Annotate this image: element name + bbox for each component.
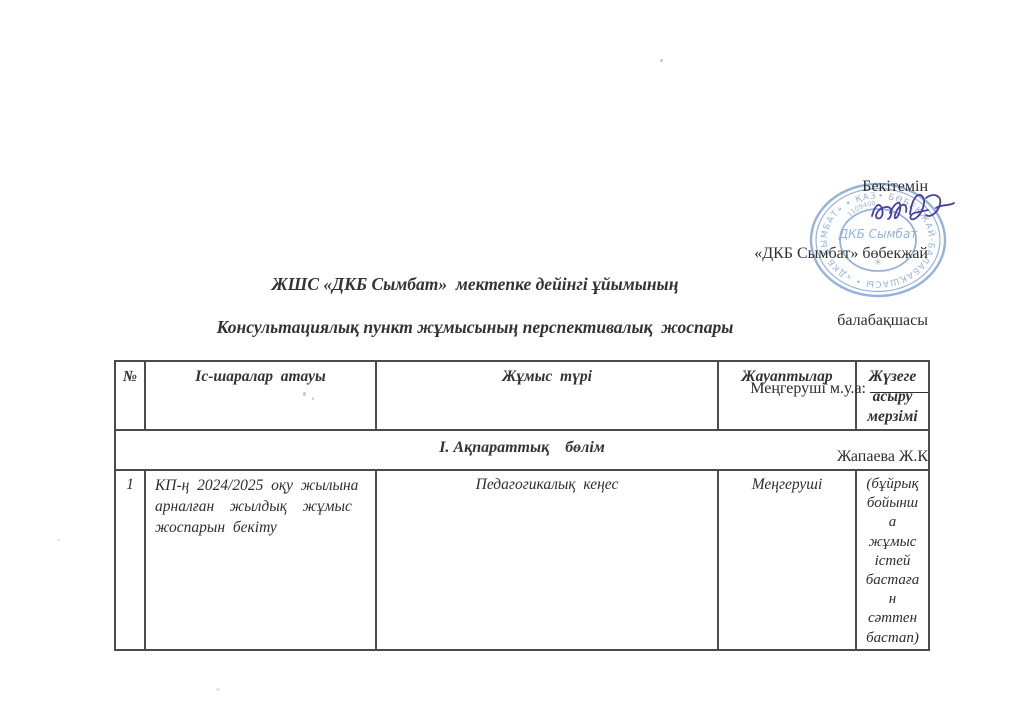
row-responsible: Меңгеруші bbox=[718, 470, 856, 650]
scan-noise bbox=[57, 539, 60, 541]
scan-noise bbox=[312, 397, 314, 400]
approval-line-5: Жапаева Ж.К bbox=[750, 446, 928, 468]
manager-label: Меңгеруші м.у.а: bbox=[750, 380, 870, 397]
row-work-type: Педагогикалық кеңес bbox=[376, 470, 718, 650]
header-work-type: Жұмыс түрі bbox=[376, 361, 718, 430]
approval-line-2: «ДКБ Сымбат» бөбекжай bbox=[750, 243, 928, 265]
handwritten-signature bbox=[866, 188, 958, 232]
approval-block: Бекітемін «ДКБ Сымбат» бөбекжай балабақш… bbox=[750, 131, 928, 491]
table-row: 1 КП-ң 2024/2025 оқу жылына арналған жыл… bbox=[115, 470, 929, 650]
scan-noise bbox=[660, 59, 663, 62]
row-number: 1 bbox=[115, 470, 145, 650]
approval-line-3: балабақшасы bbox=[750, 310, 928, 332]
scanned-document-page: { "approval_block": { "line1": "Бекітемі… bbox=[0, 0, 1024, 724]
row-activity-name: КП-ң 2024/2025 оқу жылына арналған жылды… bbox=[145, 470, 376, 650]
row-implementation-period: (бұйрық бойынш а жұмыс істей бастаға н с… bbox=[856, 470, 929, 650]
signature-line bbox=[870, 377, 928, 393]
scan-noise bbox=[303, 392, 306, 396]
header-activity-name: Іс-шаралар атауы bbox=[145, 361, 376, 430]
approval-line-4: Меңгеруші м.у.а: bbox=[750, 377, 928, 400]
header-number: № bbox=[115, 361, 145, 430]
scan-noise bbox=[216, 688, 220, 691]
